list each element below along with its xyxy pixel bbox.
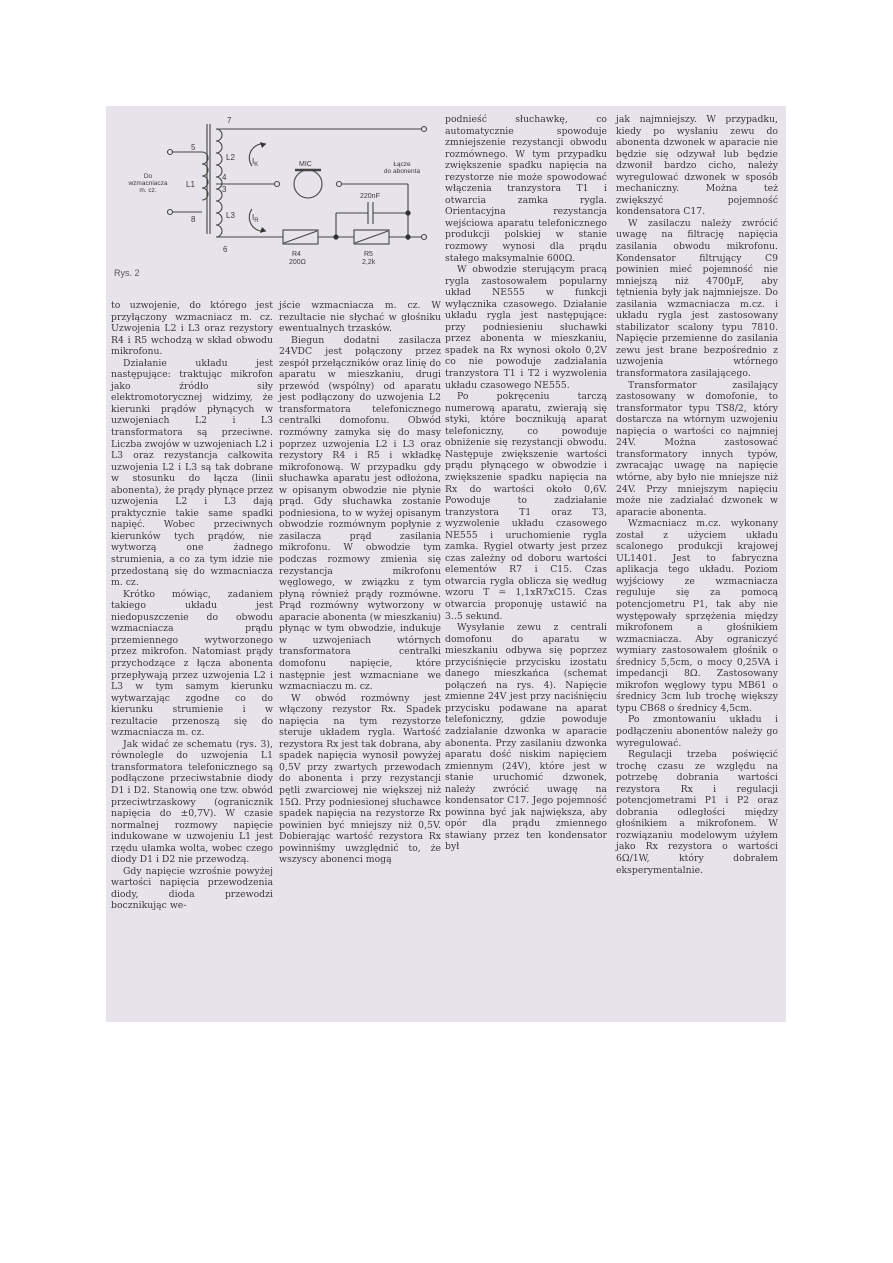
pin-4-label: 4 xyxy=(222,173,227,182)
ik-label: IK xyxy=(252,157,258,168)
output-label-1: Łącze xyxy=(393,161,411,168)
l1-label: L1 xyxy=(186,180,195,189)
paragraph: W zasilaczu należy zwrócić uwagę na filt… xyxy=(616,218,778,380)
transformer-schematic: 7 5 4 3 8 6 L1 L2 L3 IK IR MIC 220nF R4 … xyxy=(106,106,441,296)
paragraph: Po pokręceniu tarczą numerową aparatu, z… xyxy=(445,391,607,622)
pin-7-label: 7 xyxy=(227,116,232,125)
r5-value: 2,2k xyxy=(362,259,376,266)
pin-6-label: 6 xyxy=(223,245,228,254)
paragraph: Transformator zasilający zastosowany w d… xyxy=(616,380,778,519)
paragraph: jście wzmacniacza m. cz. W rezultacie ni… xyxy=(279,300,441,335)
paragraph: jak najmniejszy. W przypadku, kiedy po w… xyxy=(616,114,778,218)
capacitor-label: 220nF xyxy=(360,193,380,200)
r4-label: R4 xyxy=(292,251,301,258)
circuit-diagram: 7 5 4 3 8 6 L1 L2 L3 IK IR MIC 220nF R4 … xyxy=(106,106,441,296)
paragraph: to uzwojenie, do którego jest przyłączon… xyxy=(111,300,273,358)
input-label-3: m. cz. xyxy=(139,187,157,194)
paragraph: Gdy napięcie wzrośnie powyżej wartości n… xyxy=(111,866,273,912)
text-column-1: to uzwojenie, do którego jest przyłączon… xyxy=(111,300,273,912)
paragraph: Krótko mówiąc, zadaniem takiego układu j… xyxy=(111,589,273,739)
l2-label: L2 xyxy=(226,153,235,162)
paragraph: Działanie układu jest następujące: trakt… xyxy=(111,358,273,589)
mic-label: MIC xyxy=(299,161,312,168)
output-label-2: do abonenta xyxy=(384,168,421,175)
paragraph: Regulacji trzeba poświęcić trochę czasu … xyxy=(616,749,778,876)
paragraph: Biegun dodatni zasilacza 24VDC jest połą… xyxy=(279,335,441,693)
input-label-1: Do xyxy=(144,173,153,180)
paragraph: Jak widać ze schematu (rys. 3), równoleg… xyxy=(111,739,273,866)
ir-label: IR xyxy=(252,213,259,224)
text-column-4: jak najmniejszy. W przypadku, kiedy po w… xyxy=(616,114,778,876)
figure-caption: Rys. 2 xyxy=(114,268,140,278)
paragraph: Wysyłanie zewu z centrali domofonu do ap… xyxy=(445,622,607,853)
paragraph: W obwód rozmówny jest włączony rezystor … xyxy=(279,693,441,866)
paragraph: W obwodzie sterującym pracą rygla zastos… xyxy=(445,264,607,391)
pin-3-label: 3 xyxy=(222,185,227,194)
l3-label: L3 xyxy=(226,211,235,220)
r5-label: R5 xyxy=(364,251,373,258)
paragraph: Po zmontowaniu układu i podłączeniu abon… xyxy=(616,714,778,749)
text-column-3: podnieść słuchawkę, co automatycznie spo… xyxy=(445,114,607,853)
r4-value: 200Ω xyxy=(289,259,306,266)
paragraph: Wzmacniacz m.cz. wykonany został z użyci… xyxy=(616,518,778,714)
pin-5-label: 5 xyxy=(191,143,196,152)
paragraph: podnieść słuchawkę, co automatycznie spo… xyxy=(445,114,607,264)
text-column-2: jście wzmacniacza m. cz. W rezultacie ni… xyxy=(279,300,441,866)
input-label-2: wzmacniacza xyxy=(127,180,167,187)
pin-8-label: 8 xyxy=(191,215,196,224)
scanned-page: 7 5 4 3 8 6 L1 L2 L3 IK IR MIC 220nF R4 … xyxy=(106,106,786,1022)
